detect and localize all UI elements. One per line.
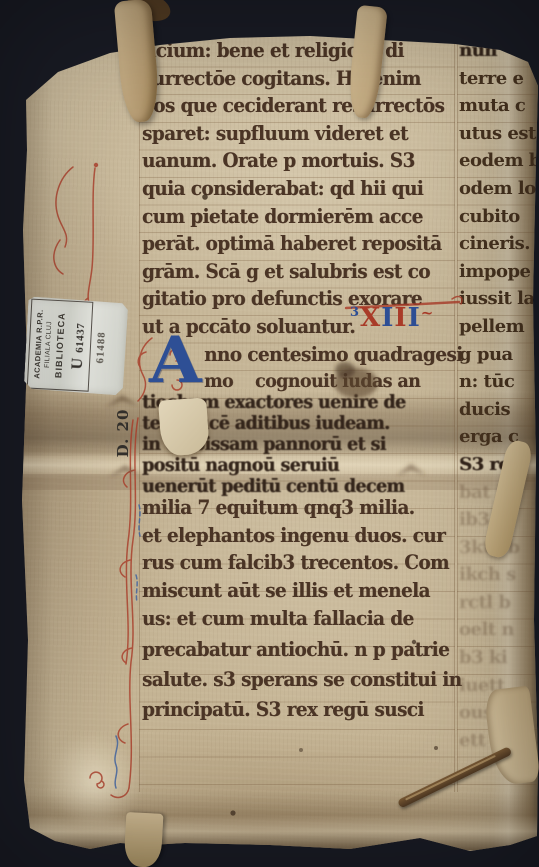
manuscript-text-fragment: terre e [459, 68, 539, 96]
manuscript-text-line: milia 7 equitum qnq3 milia. [142, 497, 447, 526]
shelfmark-letter: U [69, 357, 87, 369]
manuscript-text-line: perāt. optimā haberet repositā [142, 233, 447, 262]
manuscript-text-line: salute. s3 sperans se constitui in [142, 664, 447, 695]
manuscript-text-fragment: odem lo [459, 178, 539, 206]
manuscript-text-line: grām. Scā g et salubris est co [142, 260, 447, 289]
manuscript-text-fragment: impope [459, 261, 539, 289]
manuscript-text-fragment: cubito [459, 206, 539, 234]
rubric-letter-3: I [394, 303, 406, 333]
rubric-suffix-mark: ~ [421, 304, 434, 322]
library-label: ACADEMIA R.P.R. FILIALA CLUJ BIBLIOTECA … [24, 296, 129, 395]
manuscript-text-line: uenerūt peditū centū decem [142, 476, 447, 498]
manuscript-text-line: sparet: supfluum videret et [142, 122, 447, 151]
rubric-letter-1: X [360, 303, 380, 333]
manuscript-text-fragment: ducis [459, 399, 539, 427]
manuscript-text-line: principatū. S3 rex regū susci [142, 694, 447, 725]
manuscript-text-line: rus cum falcib3 trecentos. Com [142, 552, 447, 581]
handwritten-shelfmark: D. 20 [114, 404, 146, 462]
manuscript-text-fragment: eodem b [459, 150, 539, 178]
handwritten-shelfmark-text: D. 20 [114, 404, 146, 462]
manuscript-text-fragment: cineris. [459, 233, 539, 261]
manuscript-photo: ficium: bene et religiose disurrectōe co… [0, 0, 539, 867]
manuscript-text-fragment: ikch s [459, 564, 539, 592]
label-shelfmark: U 61437 [66, 303, 90, 390]
manuscript-text-fragment: iussit la [459, 288, 539, 316]
manuscript-text-line: et elephantos ingenu duos. cur [142, 524, 447, 553]
manuscript-text-fragment: nun [459, 40, 539, 68]
manuscript-text-fragment: b3 ki [459, 647, 539, 675]
manuscript-text-line: precabatur antiochū. n p patrie [142, 634, 447, 665]
manuscript-text-line: eos que ceciderant resurrectōs [142, 95, 447, 124]
label-accession-number: 61488 [94, 300, 110, 394]
shelfmark-number: 61437 [74, 323, 88, 354]
manuscript-text-fragment: oelt n [459, 619, 539, 647]
rubric-letter-4: I [408, 303, 420, 333]
manuscript-text-fragment: pellem [459, 316, 539, 344]
manuscript-text-line: us: et cum multa fallacia de [142, 607, 447, 636]
library-label-text: ACADEMIA R.P.R. FILIALA CLUJ BIBLIOTECA … [24, 296, 129, 395]
manuscript-text-fragment: rctl b [459, 592, 539, 620]
illuminated-initial: A [149, 330, 202, 392]
rubric-prefix-mark: 3 [350, 305, 359, 320]
manuscript-text-line: ficium: bene et religiose di [142, 39, 447, 68]
parchment-leaf: ficium: bene et religiose disurrectōe co… [0, 0, 539, 867]
manuscript-text-line: uanum. Orate p mortuis. S3 [142, 150, 447, 179]
label-institution-line3: BIBLIOTECA [53, 302, 67, 388]
facing-column-fragments: nunterre emuta cutus esteodem bodem locu… [459, 40, 539, 757]
rubric-letter-2: I [381, 303, 393, 333]
manuscript-text-fragment: muta c [459, 95, 539, 123]
manuscript-text-line: positū nagnoū seruiū [142, 455, 447, 477]
manuscript-text-fragment: utus est [459, 123, 539, 151]
manuscript-text-line: surrectōe cogitans. Hii enim [142, 67, 447, 96]
manuscript-text-line: cum pietate dormierēm acce [142, 205, 447, 234]
chapter-numeral-rubric: 3 X I I I ~ [350, 303, 433, 333]
library-stamp-frame: ACADEMIA R.P.R. FILIALA CLUJ BIBLIOTECA … [27, 299, 94, 392]
manuscript-text-line: miscunt aūt se illis et menela [142, 579, 447, 608]
manuscript-text-line: quia considerabat: qd hii qui [142, 177, 447, 206]
manuscript-text-fragment: g pua [459, 344, 539, 372]
parchment-tab-bottom [124, 812, 164, 867]
manuscript-text-fragment: n: tūc [459, 371, 539, 399]
